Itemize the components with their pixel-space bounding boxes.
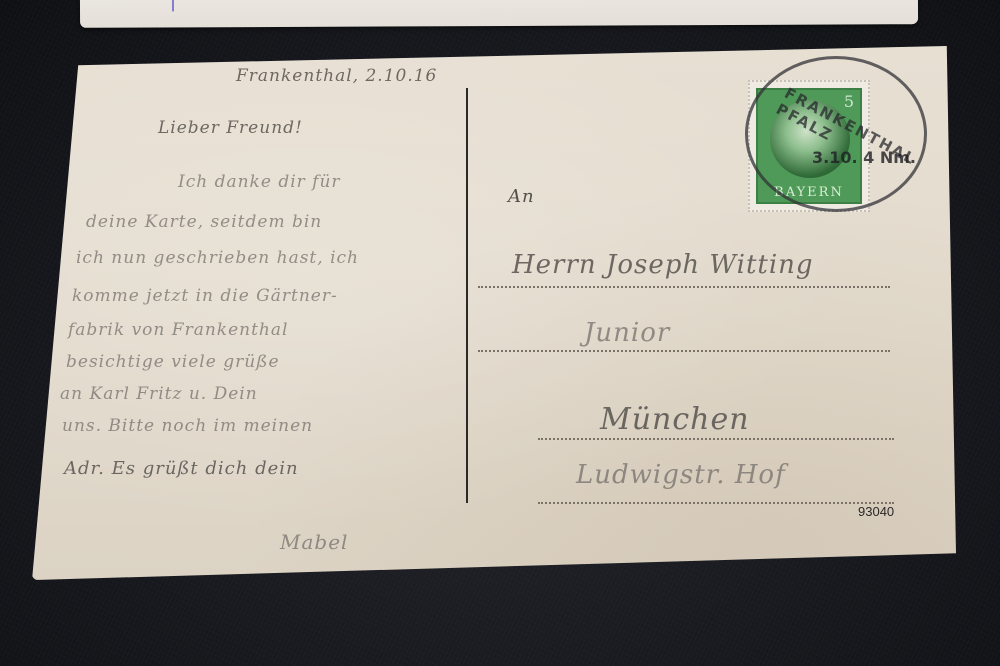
- message-line: Ich danke dir für: [178, 172, 341, 192]
- message-line: Adr. Es grüßt dich dein: [64, 458, 299, 479]
- place-date: Frankenthal, 2.10.16: [236, 66, 437, 86]
- center-divider-line: [466, 88, 468, 503]
- message-line: ich nun geschrieben hast, ich: [76, 248, 359, 268]
- address-city: München: [600, 402, 750, 437]
- address-line-1: [478, 286, 890, 288]
- top-postcard-edge: [80, 0, 918, 28]
- message-line: besichtige viele grüße: [66, 352, 280, 372]
- message-line: fabrik von Frankenthal: [68, 320, 288, 340]
- address-prefix: An: [508, 186, 535, 207]
- address-line-4: [538, 502, 894, 504]
- address-street: Ludwigstr. Hof: [576, 460, 786, 490]
- signature: Mabel: [280, 530, 348, 554]
- print-number: 93040: [858, 504, 894, 519]
- postmark-date: 3.10. 4 Nm.: [812, 148, 916, 167]
- address-line2: Junior: [584, 318, 670, 348]
- address-line-2: [478, 350, 890, 352]
- address-line-3: [538, 438, 894, 440]
- ink-mark: [172, 0, 174, 11]
- message-line: an Karl Fritz u. Dein: [60, 384, 258, 404]
- message-line: uns. Bitte noch im meinen: [62, 416, 313, 436]
- message-line: komme jetzt in die Gärtner-: [72, 286, 338, 306]
- address-recipient: Herrn Joseph Witting: [512, 250, 814, 280]
- message-line: deine Karte, seitdem bin: [86, 212, 322, 232]
- salutation: Lieber Freund!: [158, 118, 303, 138]
